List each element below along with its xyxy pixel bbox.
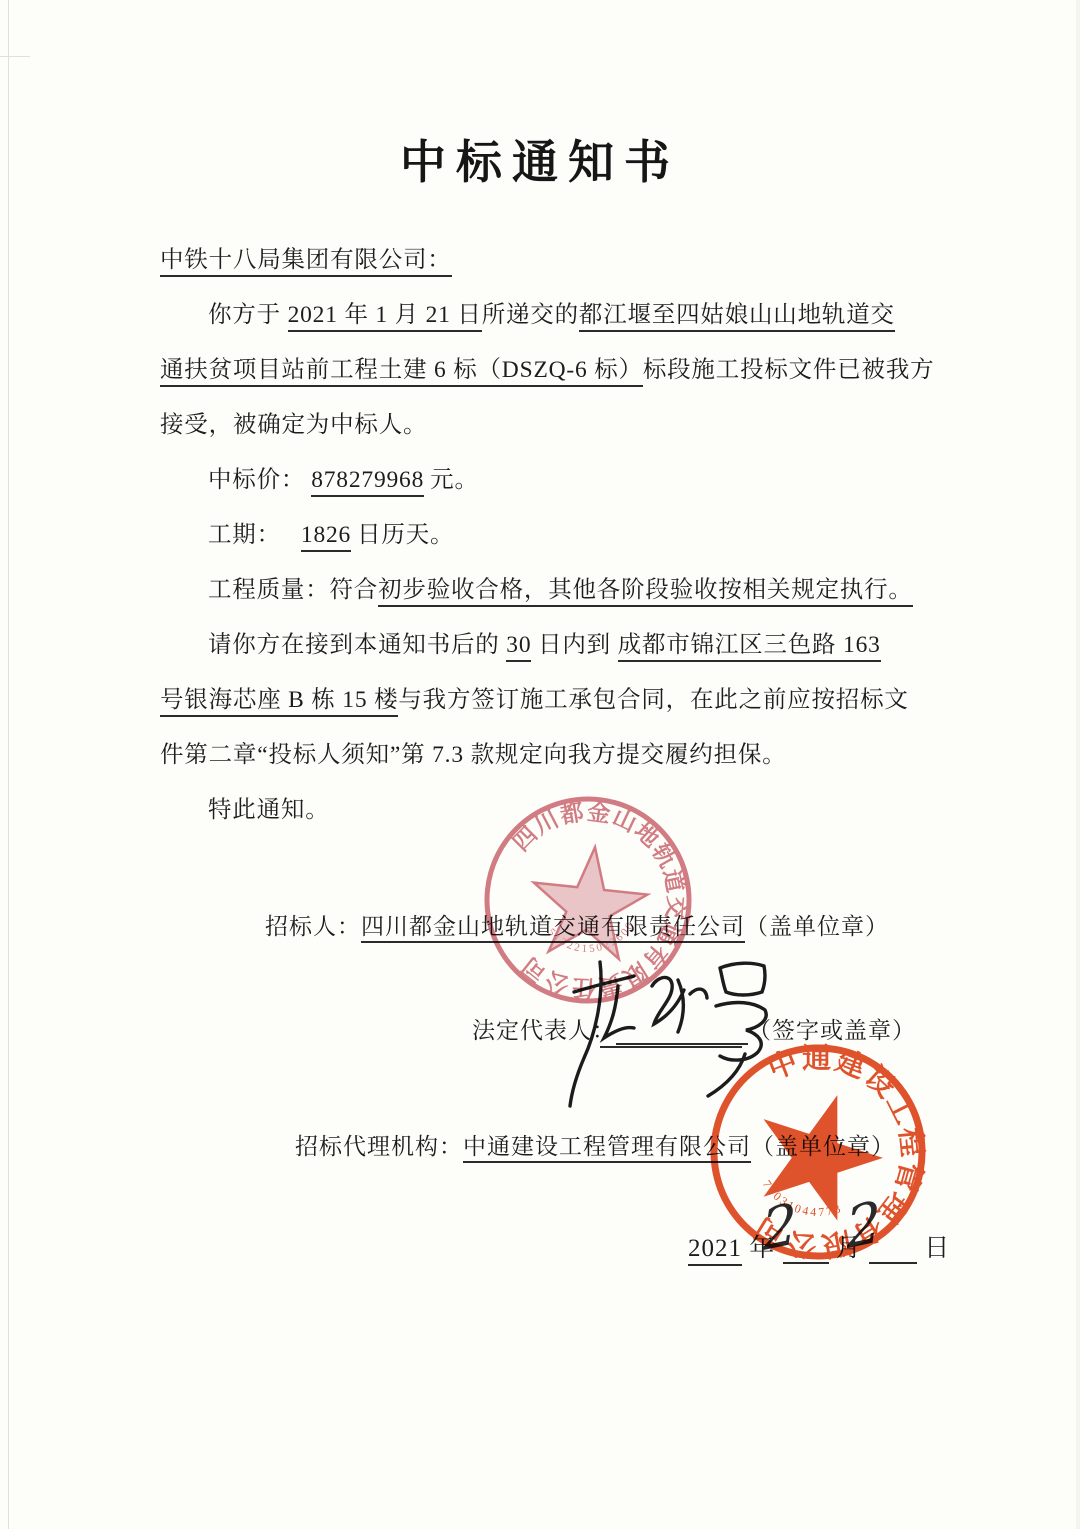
text-segment: 所递交的 bbox=[482, 302, 579, 328]
submission-date: 2021 年 1 月 21 日 bbox=[288, 302, 482, 332]
body-text: 中铁十八局集团有限公司： 你方于 2021 年 1 月 21 日所递交的都江堰至… bbox=[160, 233, 930, 838]
tenderer-seal-note: （盖单位章） bbox=[745, 914, 889, 939]
text-segment: 件第二章“投标人须知”第 7.3 款规定向我方提交履约担保。 bbox=[160, 742, 787, 768]
page-title: 中标通知书 bbox=[0, 126, 1080, 192]
duration-value: 1826 bbox=[301, 522, 351, 552]
body-line: 号银海芯座 B 栋 15 楼与我方签订施工承包合同，在此之前应按招标文 bbox=[160, 673, 930, 728]
tenderer-label: 招标人： bbox=[265, 914, 361, 939]
text-segment: 工程质量：符合 bbox=[208, 577, 378, 603]
duration-line: 工期：1826日历天。 bbox=[160, 508, 930, 563]
duration-label: 工期： bbox=[208, 522, 281, 548]
recipient-name: 中铁十八局集团有限公司： bbox=[160, 247, 452, 277]
bid-price-line: 中标价：878279968元。 bbox=[160, 453, 930, 508]
text-segment: 接受，被确定为中标人。 bbox=[160, 412, 427, 438]
recipient-line: 中铁十八局集团有限公司： bbox=[160, 233, 930, 288]
body-line: 接受，被确定为中标人。 bbox=[160, 398, 930, 453]
agency-seal: 中通建设工程管理有限公司 71031044773 bbox=[700, 1034, 936, 1270]
tenderer-seal: 四川都金山地轨道交通有限责任公司 5132215022600 bbox=[478, 790, 698, 1010]
text-segment: 与我方签订施工承包合同，在此之前应按招标文 bbox=[398, 687, 908, 713]
duration-unit: 日历天。 bbox=[357, 522, 454, 548]
quality-line: 工程质量：符合初步验收合格，其他各阶段验收按相关规定执行。 bbox=[160, 563, 930, 618]
agency-label: 招标代理机构： bbox=[295, 1134, 463, 1159]
text-segment: 日内到 bbox=[531, 632, 617, 658]
award-notice-document: 中标通知书 中铁十八局集团有限公司： 你方于 2021 年 1 月 21 日所递… bbox=[0, 0, 1080, 1529]
text-segment: 特此通知。 bbox=[208, 797, 330, 823]
bid-price-value: 878279968 bbox=[311, 467, 424, 497]
address-part1: 成都市锦江区三色路 163 bbox=[618, 632, 881, 662]
text-segment: 请你方在接到本通知书后的 bbox=[208, 632, 506, 658]
quality-requirement: 初步验收合格，其他各阶段验收按相关规定执行。 bbox=[378, 577, 913, 607]
body-line: 通扶贫项目站前工程土建 6 标（DSZQ-6 标）标段施工投标文件已被我方 bbox=[160, 343, 930, 398]
body-line: 你方于 2021 年 1 月 21 日所递交的都江堰至四姑娘山山地轨道交 bbox=[160, 288, 930, 343]
scan-edge-line bbox=[8, 0, 9, 1529]
text-segment: 标段施工投标文件已被我方 bbox=[643, 357, 935, 383]
text-segment: 你方于 bbox=[208, 302, 288, 328]
scan-scratch bbox=[0, 56, 30, 57]
address-part2: 号银海芯座 B 栋 15 楼 bbox=[160, 687, 398, 717]
project-name-part1: 都江堰至四姑娘山山地轨道交 bbox=[579, 302, 895, 332]
scan-edge-shade bbox=[1076, 0, 1080, 1529]
body-line: 请你方在接到本通知书后的 30 日内到 成都市锦江区三色路 163 bbox=[160, 618, 930, 673]
body-line: 件第二章“投标人须知”第 7.3 款规定向我方提交履约担保。 bbox=[160, 728, 930, 783]
days-value: 30 bbox=[506, 632, 531, 662]
bid-price-unit: 元。 bbox=[430, 467, 479, 493]
bid-price-label: 中标价： bbox=[208, 467, 305, 493]
project-name-part2: 通扶贫项目站前工程土建 6 标（DSZQ-6 标） bbox=[160, 357, 643, 387]
